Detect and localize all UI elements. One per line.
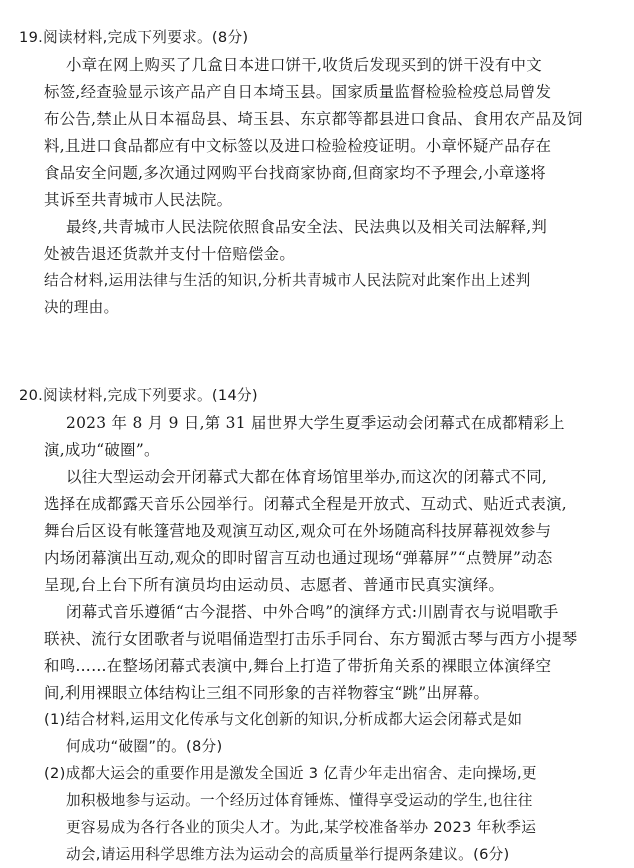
q20-paragraph-line: 间,利用裸眼立体结构让三组不同形象的吉祥物蓉宝“跳”出屏幕。 — [44, 683, 489, 703]
q20-paragraph-line: 闭幕式音乐遵循“古今混搭、中外合鸣”的演绎方式:川剧青衣与说唱歌手 — [66, 602, 559, 622]
q19-paragraph-line: 布公告,禁止从日本福岛县、埼玉县、东京都等都县进口食品、食用农产品及饲 — [44, 109, 583, 129]
q20-subquestion-1-line: (1)结合材料,运用文化传承与文化创新的知识,分析成都大运会闭幕式是如 — [44, 710, 522, 730]
q19-paragraph-line: 最终,共青城市人民法院依照食品安全法、民法典以及相关司法解释,判 — [66, 217, 547, 237]
q20-paragraph-line: 演,成功“破圈”。 — [44, 440, 160, 460]
q20-subquestion-2-line: 动会,请运用科学思维方法为运动会的高质量举行提两条建议。(6分) — [66, 845, 510, 865]
q20-subquestion-2-line: (2)成都大运会的重要作用是激发全国近 3 亿青少年走出宿舍、走向操场,更 — [44, 764, 537, 784]
q19-question-line: 结合材料,运用法律与生活的知识,分析共青城市人民法院对此案作出上述判 — [44, 271, 530, 291]
q20-paragraph-line: 联袂、流行女团歌者与说唱俑造型打击乐手同台、东方蜀派古琴与西方小提琴 — [44, 629, 577, 649]
q19-paragraph-line: 标签,经查验显示该产品产自日本埼玉县。国家质量监督检验检疫总局曾发 — [44, 82, 551, 102]
q20-paragraph-line: 内场闭幕演出互动,观众的即时留言互动也通过现场“弹幕屏”“点赞屏”动态 — [44, 548, 553, 568]
question-19-header: 19.阅读材料,完成下列要求。(8分) — [19, 28, 248, 48]
question-20-header: 20.阅读材料,完成下列要求。(14分) — [19, 386, 258, 406]
q19-paragraph-line: 处被告退还货款并支付十倍赔偿金。 — [44, 244, 295, 264]
q19-paragraph-line: 其诉至共青城市人民法院。 — [44, 190, 232, 210]
q20-subquestion-1-line: 何成功“破圈”的。(8分) — [66, 737, 222, 757]
q20-paragraph-line: 以往大型运动会开闭幕式大都在体育场馆里举办,而这次的闭幕式不同, — [66, 467, 547, 487]
q20-paragraph-line: 舞台后区设有帐篷营地及观演互动区,观众可在外场随高科技屏幕视效参与 — [44, 521, 551, 541]
q20-paragraph-line: 选择在成都露天音乐公园举行。闭幕式全程是开放式、互动式、贴近式表演, — [44, 494, 567, 514]
q19-paragraph-line: 料,且进口食品都应有中文标签以及进口检验检疫证明。小章怀疑产品存在 — [44, 136, 551, 156]
q20-subquestion-2-line: 加积极地参与运动。一个经历过体育锤炼、懂得享受运动的学生,也往往 — [66, 791, 533, 811]
q19-paragraph-line: 食品安全问题,多次通过网购平台找商家协商,但商家均不予理会,小章遂将 — [44, 163, 546, 183]
q19-question-line: 决的理由。 — [44, 298, 118, 318]
q20-paragraph-line: 和鸣……在整场闭幕式表演中,舞台上打造了带折角关系的裸眼立体演绎空 — [44, 656, 551, 676]
q19-paragraph-line: 小章在网上购买了几盒日本进口饼干,收货后发现买到的饼干没有中文 — [66, 55, 542, 75]
q20-paragraph-line: 呈现,台上台下所有演员均由运动员、志愿者、普通市民真实演绎。 — [44, 575, 504, 595]
q20-paragraph-line: 2023 年 8 月 9 日,第 31 届世界大学生夏季运动会闭幕式在成都精彩上 — [66, 413, 565, 433]
q20-subquestion-2-line: 更容易成为各行各业的顶尖人才。为此,某学校准备举办 2023 年秋季运 — [66, 818, 536, 838]
